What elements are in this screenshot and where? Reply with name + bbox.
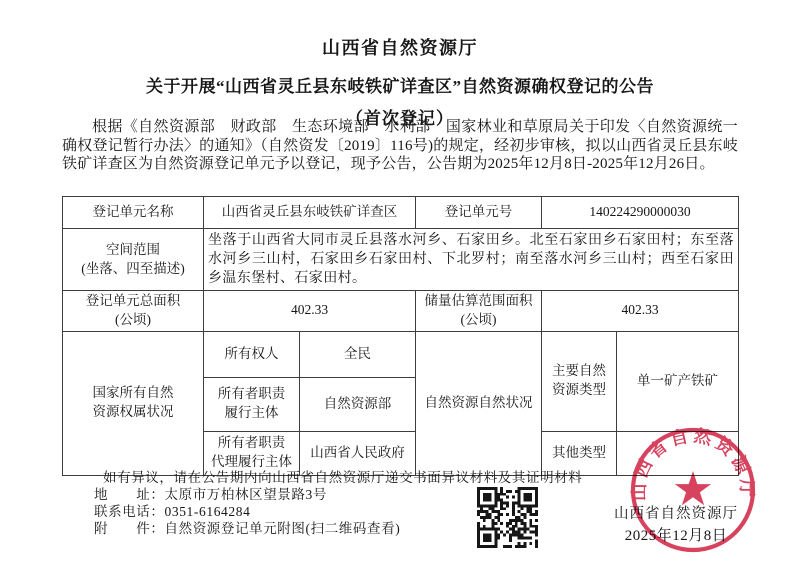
phone-value: 0351-6164284 [165,504,251,519]
intro-paragraph: 根据《自然资源部 财政部 生态环境部 水利部 国家林业和草原局关于印发〈自然资源… [62,118,738,174]
issuing-authority: 山西省自然资源厅 [0,34,800,60]
spatial-range-label: 空间范围 (坐落、四至描述) [63,229,204,291]
main-type-value: 单一矿产铁矿 [617,331,739,431]
spatial-range-value: 坐落于山西省大同市灵丘县落水河乡、石家田乡。北至石家田乡石家田村；东至落水河乡三… [204,229,739,291]
duty-subject-label: 所有者职责 履行主体 [204,377,300,431]
unit-no-label: 登记单元号 [416,197,542,229]
reserve-area-value: 402.33 [542,291,739,332]
unit-name-value: 山西省灵丘县东岐铁矿详查区 [204,197,416,229]
phone-label: 联系电话： [94,504,165,519]
owner-value: 全民 [300,331,416,377]
objection-notice: 如有异议，请在公告期内向山西省自然资源厅递交书面异议材料及其证明材料 [94,469,582,486]
attachment-value: 自然资源登记单元附图(扫二维码查看) [165,521,401,536]
total-area-value: 402.33 [204,291,416,332]
duty-subject-value: 自然资源部 [300,377,416,431]
address-label: 地 址： [94,487,165,502]
official-seal: 山西省自然资源厅 [627,424,759,556]
unit-name-label: 登记单元名称 [63,197,204,229]
unit-no-value: 140224290000030 [542,197,739,229]
table-row: 空间范围 (坐落、四至描述) 坐落于山西省大同市灵丘县落水河乡、石家田乡。北至石… [63,229,739,291]
table-row: 登记单元总面积 (公顷) 402.33 储量估算范围面积 (公顷) 402.33 [63,291,739,332]
table-row: 国家所有自然 资源权属状况 所有权人 全民 自然资源自然状况 主要自然 资源类型… [63,331,739,377]
total-area-label: 登记单元总面积 (公顷) [63,291,204,332]
main-type-label: 主要自然 资源类型 [542,331,617,431]
announcement-document: 山西省自然资源厅 关于开展“山西省灵丘县东岐铁矿详查区”自然资源确权登记的公告 … [0,0,800,564]
document-title: 关于开展“山西省灵丘县东岐铁矿详查区”自然资源确权登记的公告 [0,72,800,97]
table-row: 登记单元名称 山西省灵丘县东岐铁矿详查区 登记单元号 1402242900000… [63,197,739,229]
address-value: 太原市万柏林区望景路3号 [165,487,327,502]
document-header: 山西省自然资源厅 关于开展“山西省灵丘县东岐铁矿详查区”自然资源确权登记的公告 … [0,34,800,129]
qr-code [477,487,538,548]
attachment-label: 附 件： [94,521,165,536]
natural-status-label: 自然资源自然状况 [416,331,542,475]
ownership-status-label: 国家所有自然 资源权属状况 [63,331,204,475]
seal-star-icon [675,471,711,505]
owner-label: 所有权人 [204,331,300,377]
reserve-area-label: 储量估算范围面积 (公顷) [416,291,542,332]
